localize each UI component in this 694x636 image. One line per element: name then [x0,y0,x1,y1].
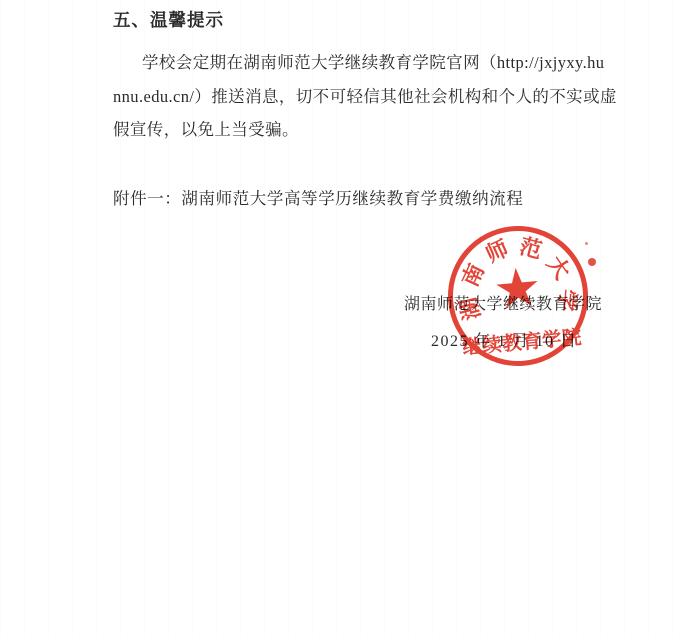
seal-ink-dot [588,258,596,266]
star-icon: ★ [491,260,544,318]
paragraph-line-3: 假宣传，以免上当受骗。 [113,116,299,140]
seal-arc-text: 湖南师范大学 [448,226,578,237]
attachment-note: 附件一：湖南师范大学高等学历继续教育学费缴纳流程 [113,185,523,209]
seal-bottom-text: 继续教育学院 [461,322,583,360]
paragraph-line-1: 学校会定期在湖南师范大学继续教育学院官网（http://jxjyxy.hu [142,49,604,73]
paragraph-line-2: nnu.edu.cn/）推送消息，切不可轻信其他社会机构和个人的不实或虚 [113,83,617,107]
section-title: 五、温馨提示 [113,7,224,32]
official-seal: 湖南师范大学 ★ 继续教育学院 [442,220,594,372]
seal-ink-speck [585,242,588,245]
document-page: 五、温馨提示 学校会定期在湖南师范大学继续教育学院官网（http://jxjyx… [0,0,694,636]
